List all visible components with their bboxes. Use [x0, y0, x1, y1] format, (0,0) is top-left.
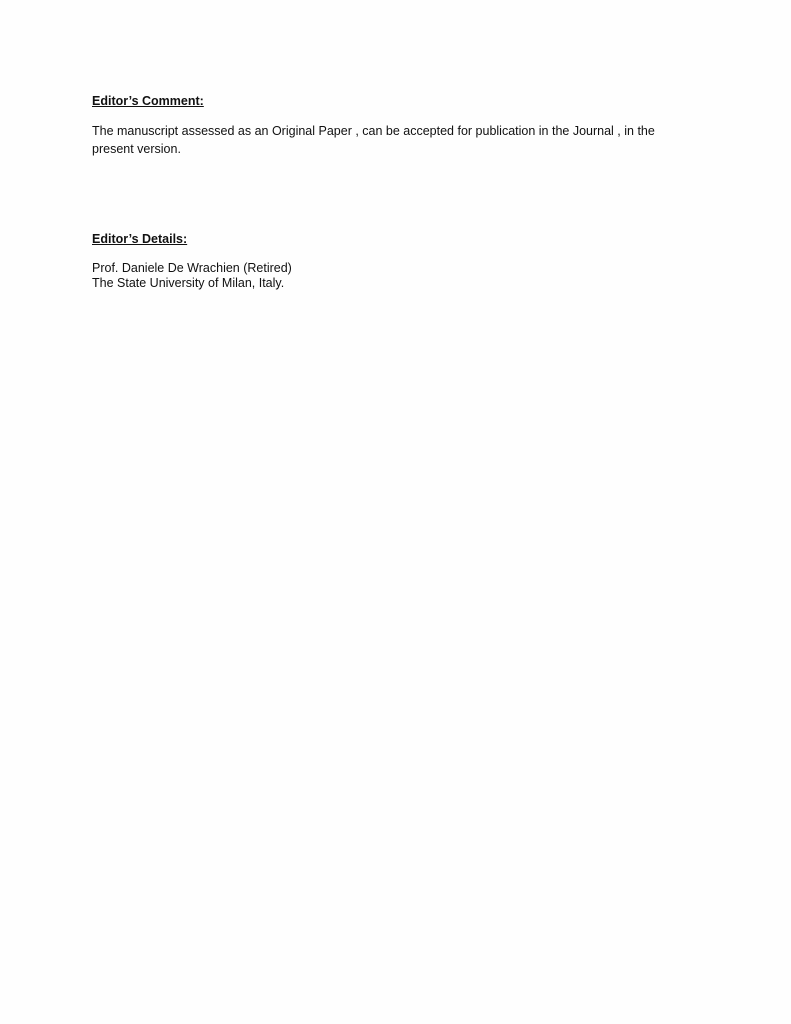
document-page: Editor’s Comment: The manuscript assesse… [0, 0, 791, 1024]
editor-name: Prof. Daniele De Wrachien (Retired) [92, 261, 292, 276]
editor-comment-text: The manuscript assessed as an Original P… [92, 122, 692, 158]
editor-affiliation: The State University of Milan, Italy. [92, 276, 284, 291]
editor-comment-heading: Editor’s Comment: [92, 94, 204, 108]
editor-details-heading: Editor’s Details: [92, 232, 187, 246]
